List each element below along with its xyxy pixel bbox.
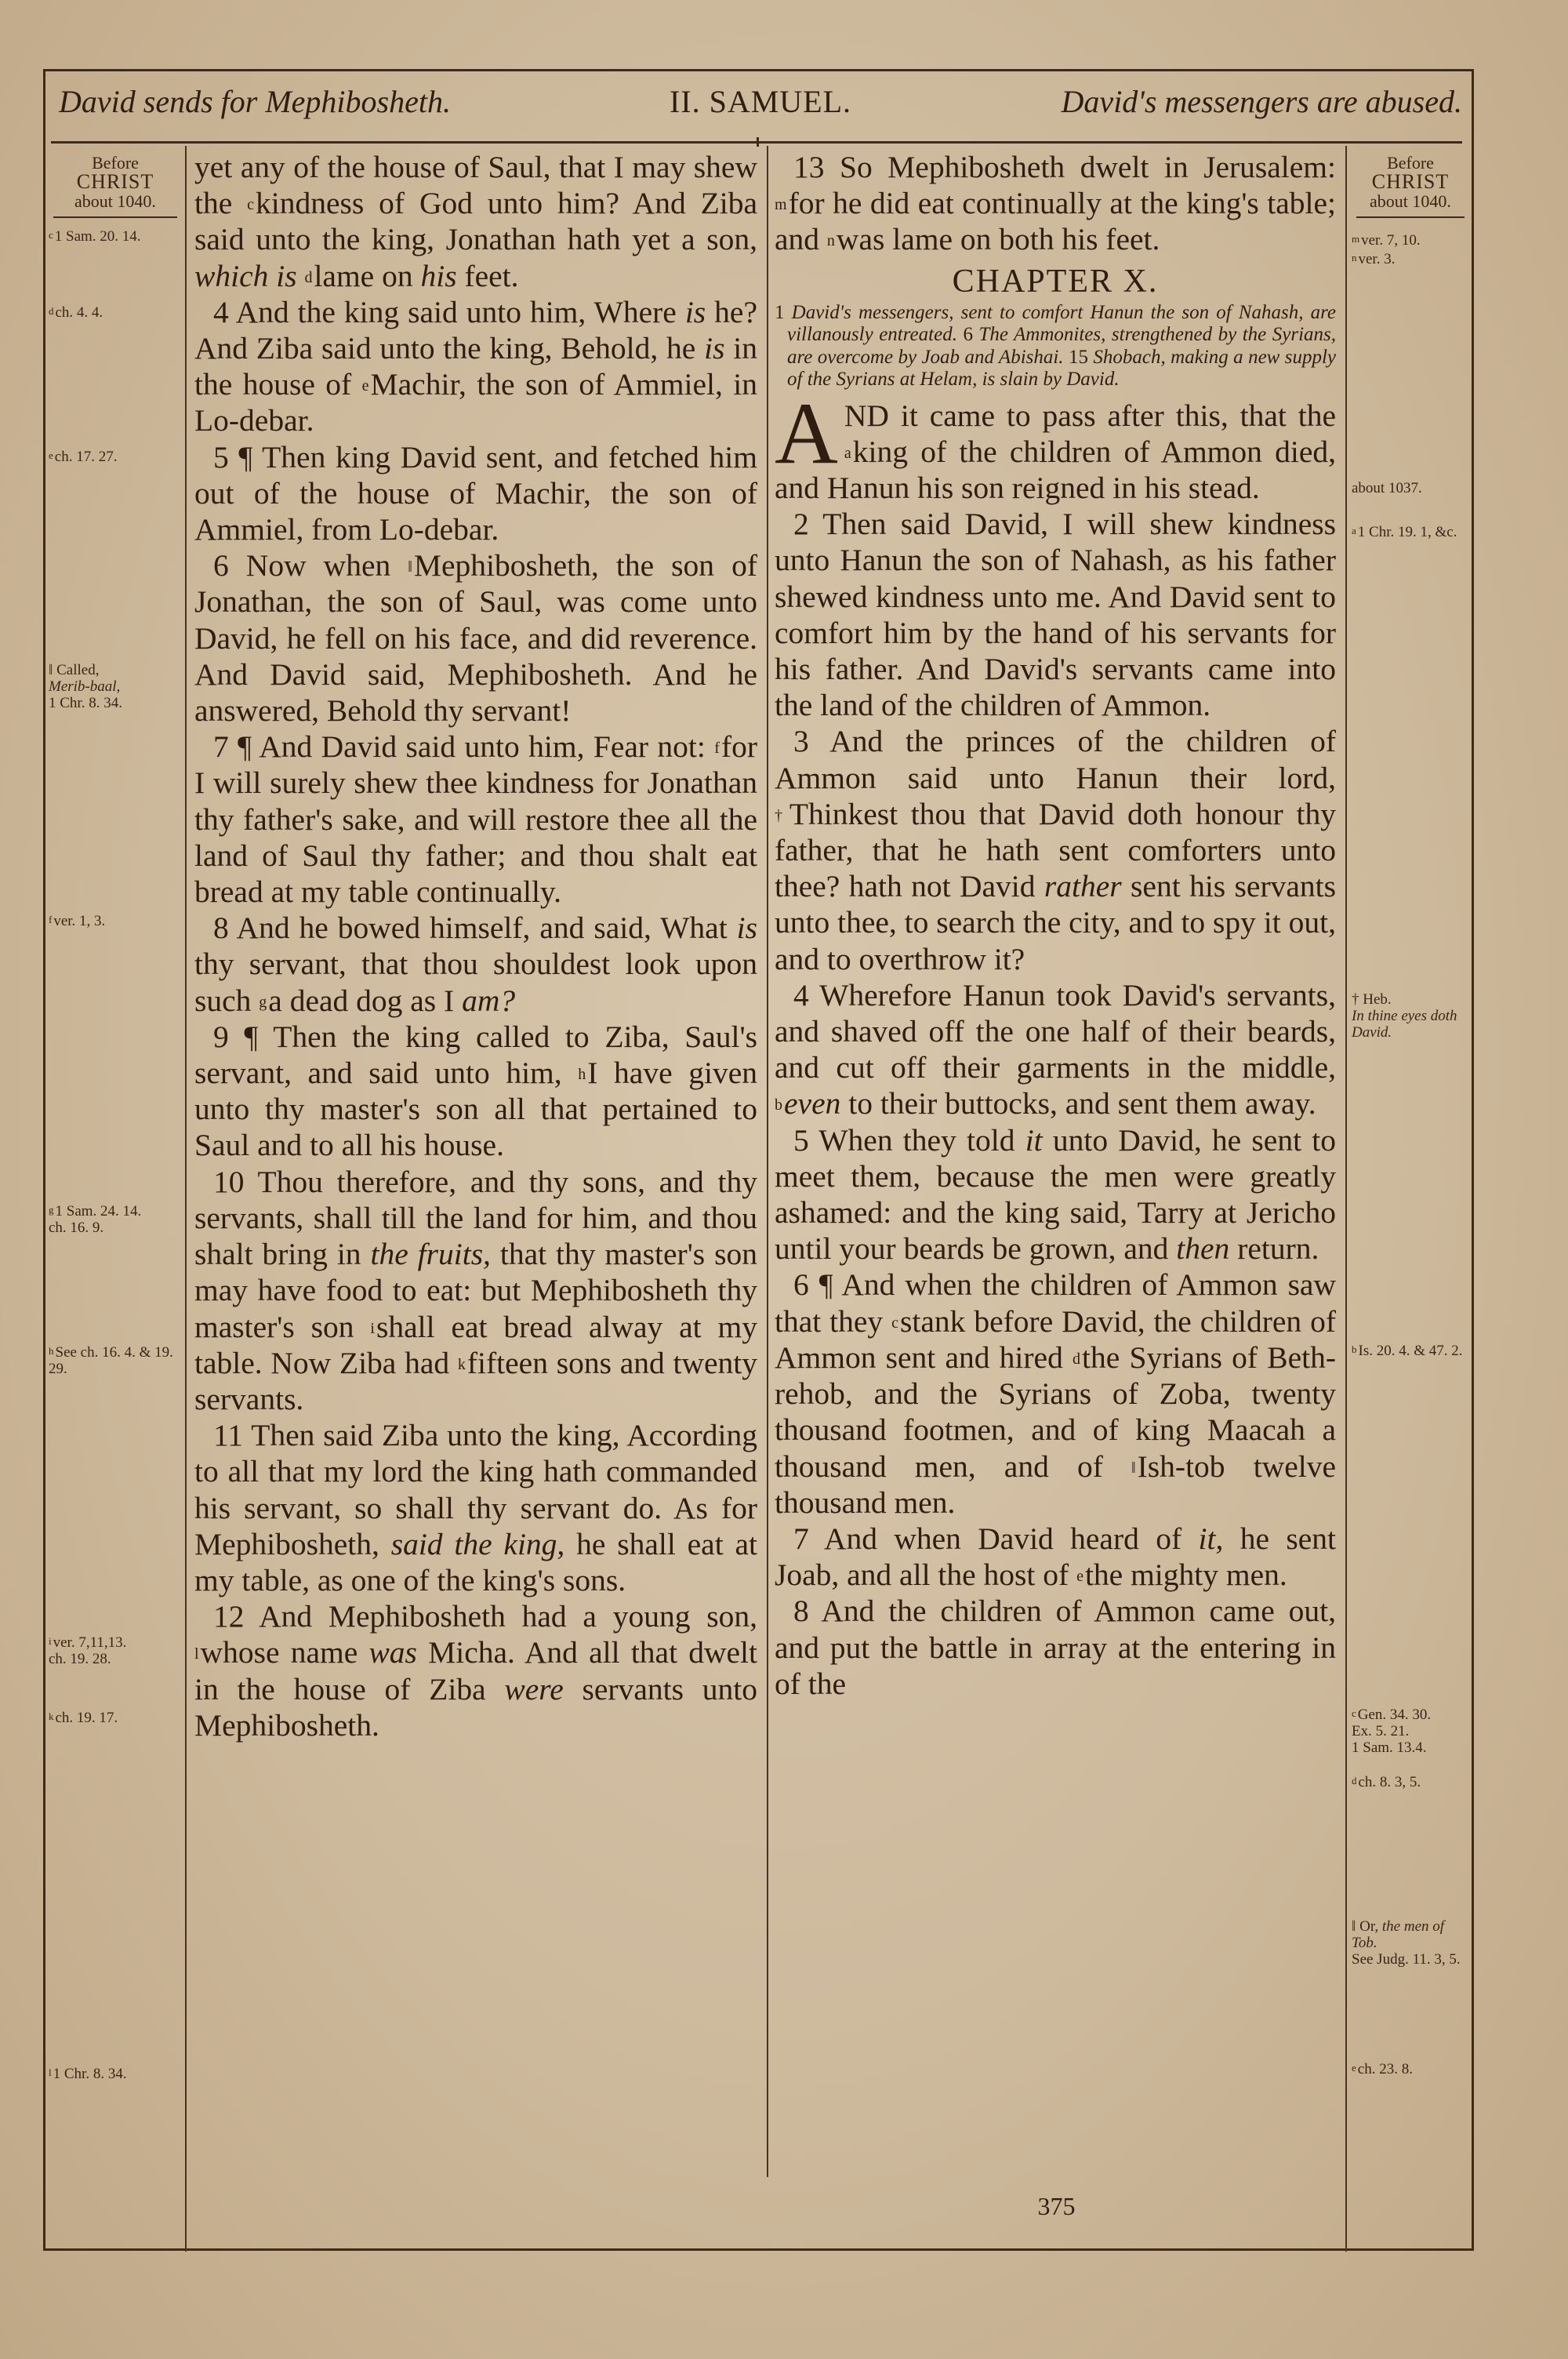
right-margin-notes: Before CHRIST about 1040. mver. 7, 10. n… [1352,154,1469,2240]
ref-mark: n [827,232,835,249]
note-text: 1 Sam. 20. 14. [55,228,141,245]
note-text: ch. 8. 3, 5. [1359,1774,1421,1790]
note-tail: ch. 16. 9. [49,1219,103,1236]
note-mark: d [49,305,54,317]
ref-mark: † [775,807,788,824]
margin-note: fver. 1, 3. [49,913,182,929]
margin-note: g1 Sam. 24. 14.ch. 16. 9. [49,1203,182,1236]
margin-note: iver. 7,11,13.ch. 19. 28. [49,1634,182,1667]
note-text: ch. 23. 8. [1358,2061,1413,2077]
note-text: See ch. 16. 4. & 19. 29. [49,1344,173,1377]
margin-note: hSee ch. 16. 4. & 19. 29. [49,1344,182,1377]
margin-note: bIs. 20. 4. & 47. 2. [1352,1343,1469,1359]
era-date: about 1040. [49,192,182,210]
note-text: 1 Chr. 19. 1, &c. [1358,524,1457,540]
note-mark: b [1352,1343,1357,1355]
note-text: ver. 3. [1359,251,1396,267]
note-mark: h [49,1345,54,1357]
verse-4: 4 Wherefore Hanun took David's servants,… [775,977,1336,1122]
drop-cap: A [775,401,838,467]
note-tail: See Judg. 11. 3, 5. [1352,1951,1461,1968]
right-margin-divider [1345,146,1347,2252]
verse-13: 13 So Mephibosheth dwelt in Jerusalem: m… [775,149,1336,258]
note-mark: ‖ [1352,1918,1356,1935]
ref-mark: b [775,1096,782,1114]
note-text: ver. 1, 3. [53,913,105,929]
note-text: 1 Sam. 24. 14. [56,1203,142,1219]
note-tail: 1 Sam. 13.4. [1352,1739,1427,1756]
note-tail: ch. 19. 28. [49,1651,111,1667]
ref-mark: e [1076,1568,1083,1585]
note-text: ch. 17. 27. [55,449,118,465]
ref-mark: e [362,377,369,394]
ref-mark: ‖ [1131,1459,1136,1477]
note-text: Heb. [1363,991,1391,1008]
note-tail: Ex. 5. 21. [1352,1723,1409,1739]
ref-mark: ‖ [408,558,412,576]
margin-note: ‖ Called,Merib-baal,1 Chr. 8. 34. [49,662,182,711]
note-tail: 1 Chr. 8. 34. [49,695,122,711]
note-text: Gen. 34. 30. [1358,1707,1431,1723]
verse-3-continued: yet any of the house of Saul, that I may… [194,149,757,294]
margin-note: nver. 3. [1352,251,1469,267]
verse-7: 7 And when David heard of it, he sent Jo… [775,1521,1336,1593]
era-label: Before CHRIST about 1040. [49,154,182,210]
note-mark: c [1352,1707,1356,1719]
note-text: about 1037. [1352,480,1422,496]
ref-mark: i [370,1320,375,1337]
ref-mark: d [304,269,312,286]
ref-mark: d [1073,1350,1080,1368]
margin-note: kch. 19. 17. [49,1710,182,1726]
verse-5: 5 ¶ Then king David sent, and fetched hi… [194,439,757,548]
note-mark: ‖ [49,662,53,678]
verse-4: 4 And the king said unto him, Where is h… [194,294,757,439]
margin-note: dch. 8. 3, 5. [1352,1774,1469,1790]
margin-note: † Heb.In thine eyes doth David. [1352,991,1469,1041]
left-margin-notes: Before CHRIST about 1040. c1 Sam. 20. 14… [49,154,182,2240]
note-mark: a [1352,525,1356,536]
right-text-column: 13 So Mephibosheth dwelt in Jerusalem: m… [775,149,1336,1702]
header-right-title: David's messengers are abused. [1062,83,1462,120]
margin-note: cGen. 34. 30.Ex. 5. 21.1 Sam. 13.4. [1352,1707,1469,1756]
verse-8: 8 And he bowed himself, and said, What i… [194,910,757,1019]
note-text: ver. 7,11,13. [53,1634,127,1651]
ref-mark: c [891,1314,898,1332]
note-mark: i [49,1635,52,1647]
margin-note: about 1037. [1352,480,1469,496]
verse-5: 5 When they told it unto David, he sent … [775,1122,1336,1267]
verse-10: 10 Thou therefore, and thy sons, and thy… [194,1164,757,1417]
verse-12: 12 And Mephibosheth had a young son, lwh… [194,1598,757,1743]
note-mark: n [1352,252,1357,264]
ref-mark: c [247,196,254,213]
note-text: ch. 4. 4. [56,304,103,321]
note-text: Called, [56,662,99,678]
page-number: 375 [772,2192,1341,2221]
verse-3: 3 And the princes of the children of Amm… [775,723,1336,976]
verse-7: 7 ¶ And David said unto him, Fear not: f… [194,729,757,910]
running-header: David sends for Mephibosheth. II. SAMUEL… [59,78,1462,133]
margin-note: ‖ Or, the men of Tob.See Judg. 11. 3, 5. [1352,1918,1469,1968]
note-mark: f [49,914,52,925]
ref-mark: h [578,1066,586,1083]
ref-mark: f [714,740,720,757]
era-date: about 1040. [1352,192,1469,210]
era-rule [53,216,177,218]
note-mark: l [49,2066,52,2078]
note-mark: k [49,1710,54,1722]
ref-mark: m [775,196,787,213]
ref-mark: a [844,445,851,462]
ref-mark: l [194,1645,199,1663]
left-text-column: yet any of the house of Saul, that I may… [194,149,757,1743]
margin-note: l1 Chr. 8. 34. [49,2066,182,2082]
ref-mark: k [458,1356,466,1373]
verse-9: 9 ¶ Then the king called to Ziba, Saul's… [194,1019,757,1164]
era-label: Before CHRIST about 1040. [1352,154,1469,210]
verse-6: 6 ¶ And when the children of Ammon saw t… [775,1267,1336,1520]
header-rule [51,141,1462,144]
era-rule [1356,216,1465,218]
chapter-title: CHAPTER X. [775,261,1336,302]
note-text: Is. 20. 4. & 47. 2. [1359,1343,1463,1359]
era-before: Before [1352,154,1469,172]
note-mark: e [49,449,53,461]
note-mark: e [1352,2062,1356,2074]
era-christ: CHRIST [49,172,182,192]
note-mark: d [1352,1775,1357,1787]
verse-8: 8 And the children of Ammon came out, an… [775,1593,1336,1702]
chapter-summary: 1 David's messengers, sent to comfort Ha… [775,302,1336,391]
era-before: Before [49,154,182,172]
ref-mark: g [259,994,267,1011]
note-mark: m [1352,233,1359,245]
note-italic: Merib-baal, [49,678,120,695]
note-mark: † [1352,991,1359,1008]
era-christ: CHRIST [1352,172,1469,192]
margin-note: mver. 7, 10. [1352,232,1469,249]
note-italic: In thine eyes doth David. [1352,1008,1457,1041]
note-text: ch. 19. 17. [56,1710,118,1726]
verse-1: AND it came to pass after this, that the… [775,398,1336,507]
book-page: David sends for Mephibosheth. II. SAMUEL… [0,0,1568,2359]
note-text: ver. 7, 10. [1361,232,1420,249]
margin-note: a1 Chr. 19. 1, &c. [1352,524,1469,540]
margin-note: dch. 4. 4. [49,304,182,321]
note-mark: c [49,229,53,241]
note-mark: g [49,1204,54,1216]
note-text: 1 Chr. 8. 34. [53,2066,127,2082]
verse-6: 6 Now when ‖Mephibosheth, the son of Jon… [194,547,757,729]
verse-2: 2 Then said David, I will shew kindness … [775,506,1336,723]
center-divider [767,146,768,2177]
note-text: Or, [1359,1918,1378,1935]
header-rule-tick [757,137,759,147]
left-margin-divider [185,146,187,2252]
verse-11: 11 Then said Ziba unto the king, Accordi… [194,1417,757,1598]
margin-note: ech. 17. 27. [49,449,182,465]
margin-note: ech. 23. 8. [1352,2061,1469,2077]
margin-note: c1 Sam. 20. 14. [49,228,182,245]
